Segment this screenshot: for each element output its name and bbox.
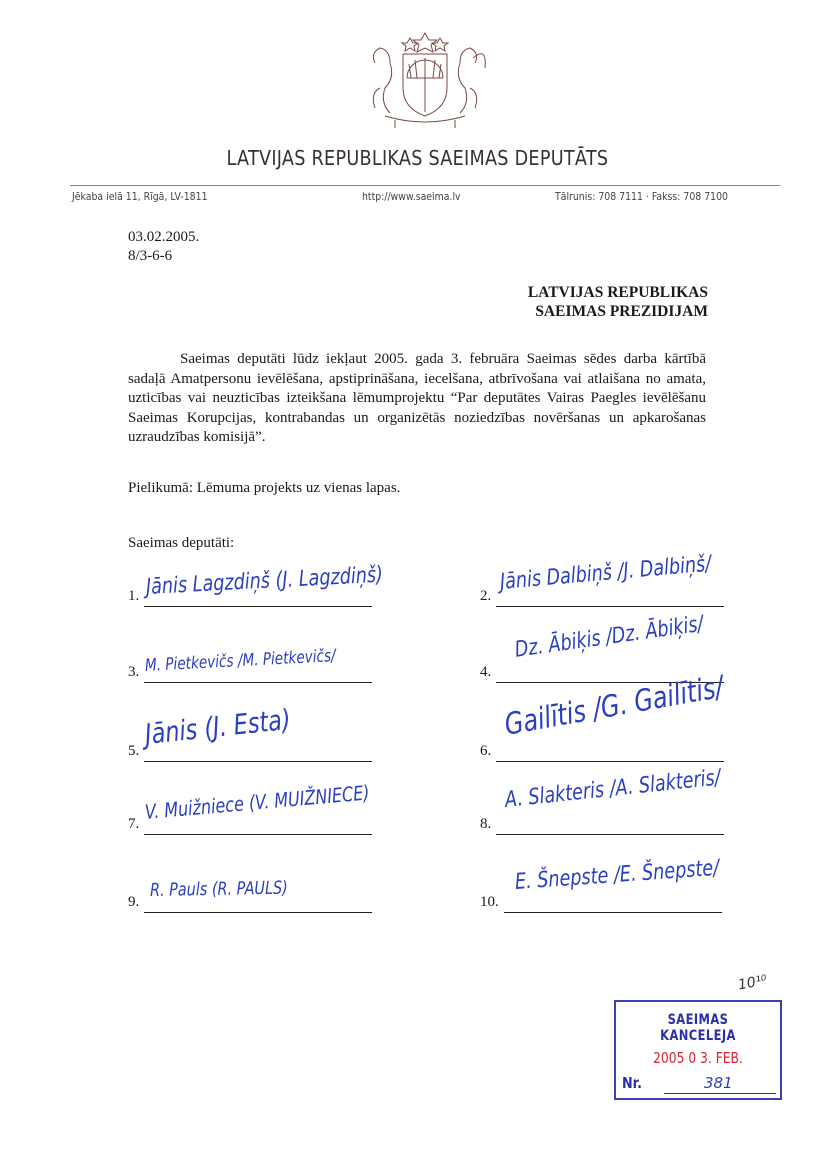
stamp-date: 2005 0 3. FEB. (631, 1049, 765, 1067)
signature-line (496, 761, 724, 762)
handwritten-signature: A. Slakteris /A. Slakteris/ (504, 765, 722, 813)
signature-slot: 8. (480, 815, 728, 835)
request-text: Saeimas deputāti lūdz iekļaut 2005. gada… (128, 350, 706, 448)
signature-number: 6. (480, 743, 491, 760)
signature-number: 1. (128, 588, 139, 605)
signature-slot: 10. (480, 893, 728, 913)
letterhead-website: http://www.saeima.lv (362, 190, 461, 203)
appendix-note: Pielikumā: Lēmuma projekts uz vienas lap… (128, 480, 400, 497)
signers-label: Saeimas deputāti: (128, 535, 234, 552)
latvia-coat-of-arms-icon (355, 28, 495, 133)
document-meta: 03.02.2005. 8/3-6-6 (128, 228, 199, 266)
signature-number: 5. (128, 743, 139, 760)
handwritten-signature: Dz. Ābiķis /Dz. Ābiķis/ (513, 612, 705, 663)
letterhead-phone-fax: Tālrunis: 708 7111 · Fakss: 708 7100 (555, 190, 728, 203)
document-reference: 8/3-6-6 (128, 247, 199, 266)
letterhead-title: LATVIJAS REPUBLIKAS SAEIMAS DEPUTĀTS (58, 146, 776, 170)
signature-number: 4. (480, 664, 491, 681)
handwritten-signature: E. Šnepste /E. Šnepste/ (514, 856, 720, 895)
signature-line (144, 682, 372, 683)
signature-number: 9. (128, 894, 139, 911)
signature-line (504, 912, 722, 913)
signature-number: 3. (128, 664, 139, 681)
signature-slot: 6. (480, 742, 728, 762)
signature-line (144, 606, 372, 607)
signature-line (496, 834, 724, 835)
stamp-nr-line (664, 1093, 776, 1094)
stamp-nr-label: Nr. (622, 1074, 642, 1092)
signature-number: 8. (480, 816, 491, 833)
signature-number: 7. (128, 816, 139, 833)
signature-line (144, 834, 372, 835)
signature-line (144, 761, 372, 762)
signature-number: 10. (480, 894, 499, 911)
stamp-nr-value: 381 (704, 1074, 733, 1092)
stamp-title: SAEIMAS KANCELEJA (631, 1012, 765, 1044)
handwritten-signature: R. Pauls (R. PAULS) (150, 878, 288, 901)
pencil-annotation: 10¹⁰ (737, 973, 768, 994)
letterhead-divider (70, 185, 780, 186)
document-date: 03.02.2005. (128, 228, 199, 247)
body-paragraph: Saeimas deputāti lūdz iekļaut 2005. gada… (128, 350, 706, 448)
recipient-line-2: SAEIMAS PREZIDIJAM (528, 302, 708, 321)
signature-line (144, 912, 372, 913)
registration-stamp: SAEIMAS KANCELEJA 2005 0 3. FEB. Nr. 381 (614, 1000, 782, 1100)
signature-number: 2. (480, 588, 491, 605)
signature-line (496, 606, 724, 607)
letterhead-address: Jēkaba ielā 11, Rīgā, LV-1811 (72, 190, 208, 203)
recipient-block: LATVIJAS REPUBLIKAS SAEIMAS PREZIDIJAM (528, 283, 708, 321)
recipient-line-1: LATVIJAS REPUBLIKAS (528, 283, 708, 302)
